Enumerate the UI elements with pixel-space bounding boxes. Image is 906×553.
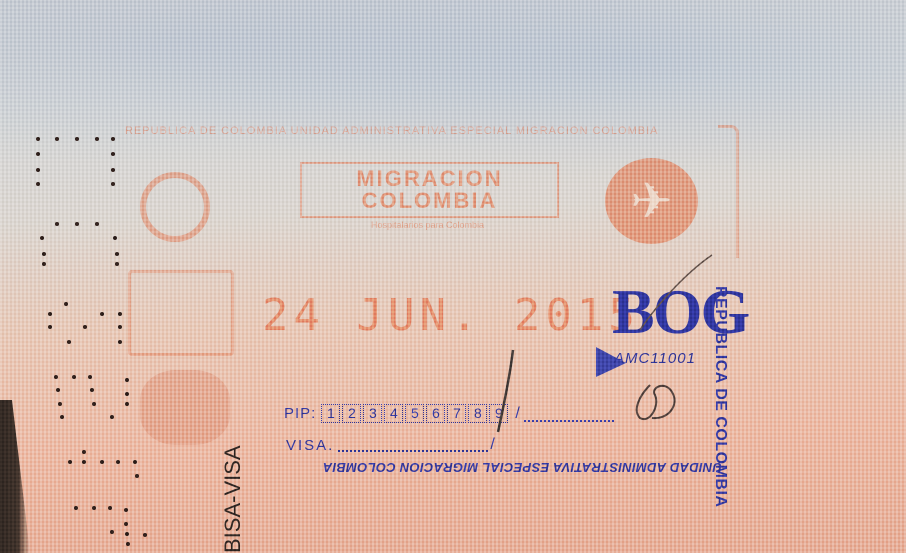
perforation-dot xyxy=(111,152,115,156)
perforation-dot xyxy=(60,415,64,419)
perforation-dot xyxy=(67,340,71,344)
pip-digit-box: 2 xyxy=(342,404,361,423)
perforation-dot xyxy=(48,325,52,329)
officer-code: AMC11001 xyxy=(614,350,696,367)
pip-row: PIP: 123456789 / xyxy=(284,404,614,423)
perforation-dot xyxy=(82,460,86,464)
visa-row: VISA. / xyxy=(286,436,495,454)
perforation-dot xyxy=(115,262,119,266)
perforation-dot xyxy=(110,530,114,534)
perforation-dot xyxy=(75,222,79,226)
logo-subtitle: Hospitalarios para Colombia xyxy=(300,220,555,230)
perforation-dot xyxy=(95,137,99,141)
perforation-dot xyxy=(42,252,46,256)
perforation-dot xyxy=(58,402,62,406)
perforation-dot xyxy=(36,182,40,186)
perforation-dot xyxy=(143,533,147,537)
perforation-dot xyxy=(72,375,76,379)
perforation-dot xyxy=(124,522,128,526)
handwritten-annotation xyxy=(637,385,675,419)
faded-stamp-box xyxy=(128,270,234,356)
perforation-dot xyxy=(126,542,130,546)
perforation-dot xyxy=(108,506,112,510)
pip-digit-box: 8 xyxy=(468,404,487,423)
perforation-dot xyxy=(125,392,129,396)
perforation-dot xyxy=(64,302,68,306)
passport-page: REPUBLICA DE COLOMBIA UNIDAD ADMINISTRAT… xyxy=(0,0,906,553)
perforation-dot xyxy=(90,388,94,392)
perforation-dot xyxy=(74,506,78,510)
perforation-dot xyxy=(100,460,104,464)
perforation-dot xyxy=(40,236,44,240)
visa-slash: / xyxy=(490,436,494,454)
visa-dotted-line xyxy=(338,438,488,452)
pip-digit-box: 1 xyxy=(321,404,340,423)
perforation-dot xyxy=(36,137,40,141)
perforation-dot xyxy=(83,325,87,329)
stamp-frame-edge xyxy=(718,125,739,258)
perforation-dot xyxy=(118,325,122,329)
perforation-dot xyxy=(36,152,40,156)
perforation-dot xyxy=(125,378,129,382)
perforation-dot xyxy=(42,262,46,266)
pip-digit-box: 5 xyxy=(405,404,424,423)
perforation-dot xyxy=(82,450,86,454)
airplane-icon: ✈ xyxy=(605,158,698,244)
perforation-dot xyxy=(92,402,96,406)
perforation-dot xyxy=(124,508,128,512)
pip-digit-box: 3 xyxy=(363,404,382,423)
perforation-dot xyxy=(115,252,119,256)
perforation-dot xyxy=(55,137,59,141)
page-side-label: BISA-VISA xyxy=(220,445,246,553)
perforation-dot xyxy=(111,137,115,141)
perforation-dot xyxy=(111,182,115,186)
pip-label: PIP: xyxy=(284,405,316,422)
perforation-dot xyxy=(100,312,104,316)
perforation-dot xyxy=(111,168,115,172)
perforation-dot xyxy=(36,168,40,172)
perforation-dot xyxy=(110,415,114,419)
logo-line-2: COLOMBIA xyxy=(362,190,498,212)
pip-digit-box: 4 xyxy=(384,404,403,423)
perforation-dot xyxy=(133,460,137,464)
perforation-dot xyxy=(92,506,96,510)
perforation-dot xyxy=(116,460,120,464)
pip-digit-box: 9 xyxy=(489,404,508,423)
perforation-dot xyxy=(55,222,59,226)
perforation-dot xyxy=(88,375,92,379)
stamp-date: 24 JUN. 2015 xyxy=(262,290,640,341)
perforation-dot xyxy=(56,388,60,392)
faded-stamp-blob xyxy=(140,370,230,445)
airplane-seal: ✈ xyxy=(605,158,698,244)
logo-line-1: MIGRACION xyxy=(356,168,502,190)
stamp-header-text: REPUBLICA DE COLOMBIA UNIDAD ADMINISTRAT… xyxy=(125,125,725,137)
perforation-dot xyxy=(118,340,122,344)
pip-boxes: 123456789 xyxy=(320,404,509,423)
pip-digit-box: 6 xyxy=(426,404,445,423)
visa-label: VISA. xyxy=(286,437,334,454)
perforation-dot xyxy=(95,222,99,226)
pip-digit-box: 7 xyxy=(447,404,466,423)
perforation-dot xyxy=(118,312,122,316)
perforation-dot xyxy=(54,375,58,379)
perforation-dot xyxy=(75,137,79,141)
perforation-dot xyxy=(48,312,52,316)
migracion-colombia-logo: MIGRACION COLOMBIA xyxy=(300,162,559,218)
perforation-dot xyxy=(135,474,139,478)
pip-dotted-line xyxy=(524,406,614,422)
perforation-dot xyxy=(113,236,117,240)
page-shadow-edge xyxy=(0,400,30,553)
agency-bottom-text: UNIDAD ADMINISTRATIVA ESPECIAL MIGRACION… xyxy=(262,460,722,475)
perforation-dot xyxy=(125,532,129,536)
pip-slash: / xyxy=(515,405,519,423)
perforation-dot xyxy=(68,460,72,464)
perforation-dot xyxy=(125,402,129,406)
coat-of-arms-seal xyxy=(140,172,210,242)
